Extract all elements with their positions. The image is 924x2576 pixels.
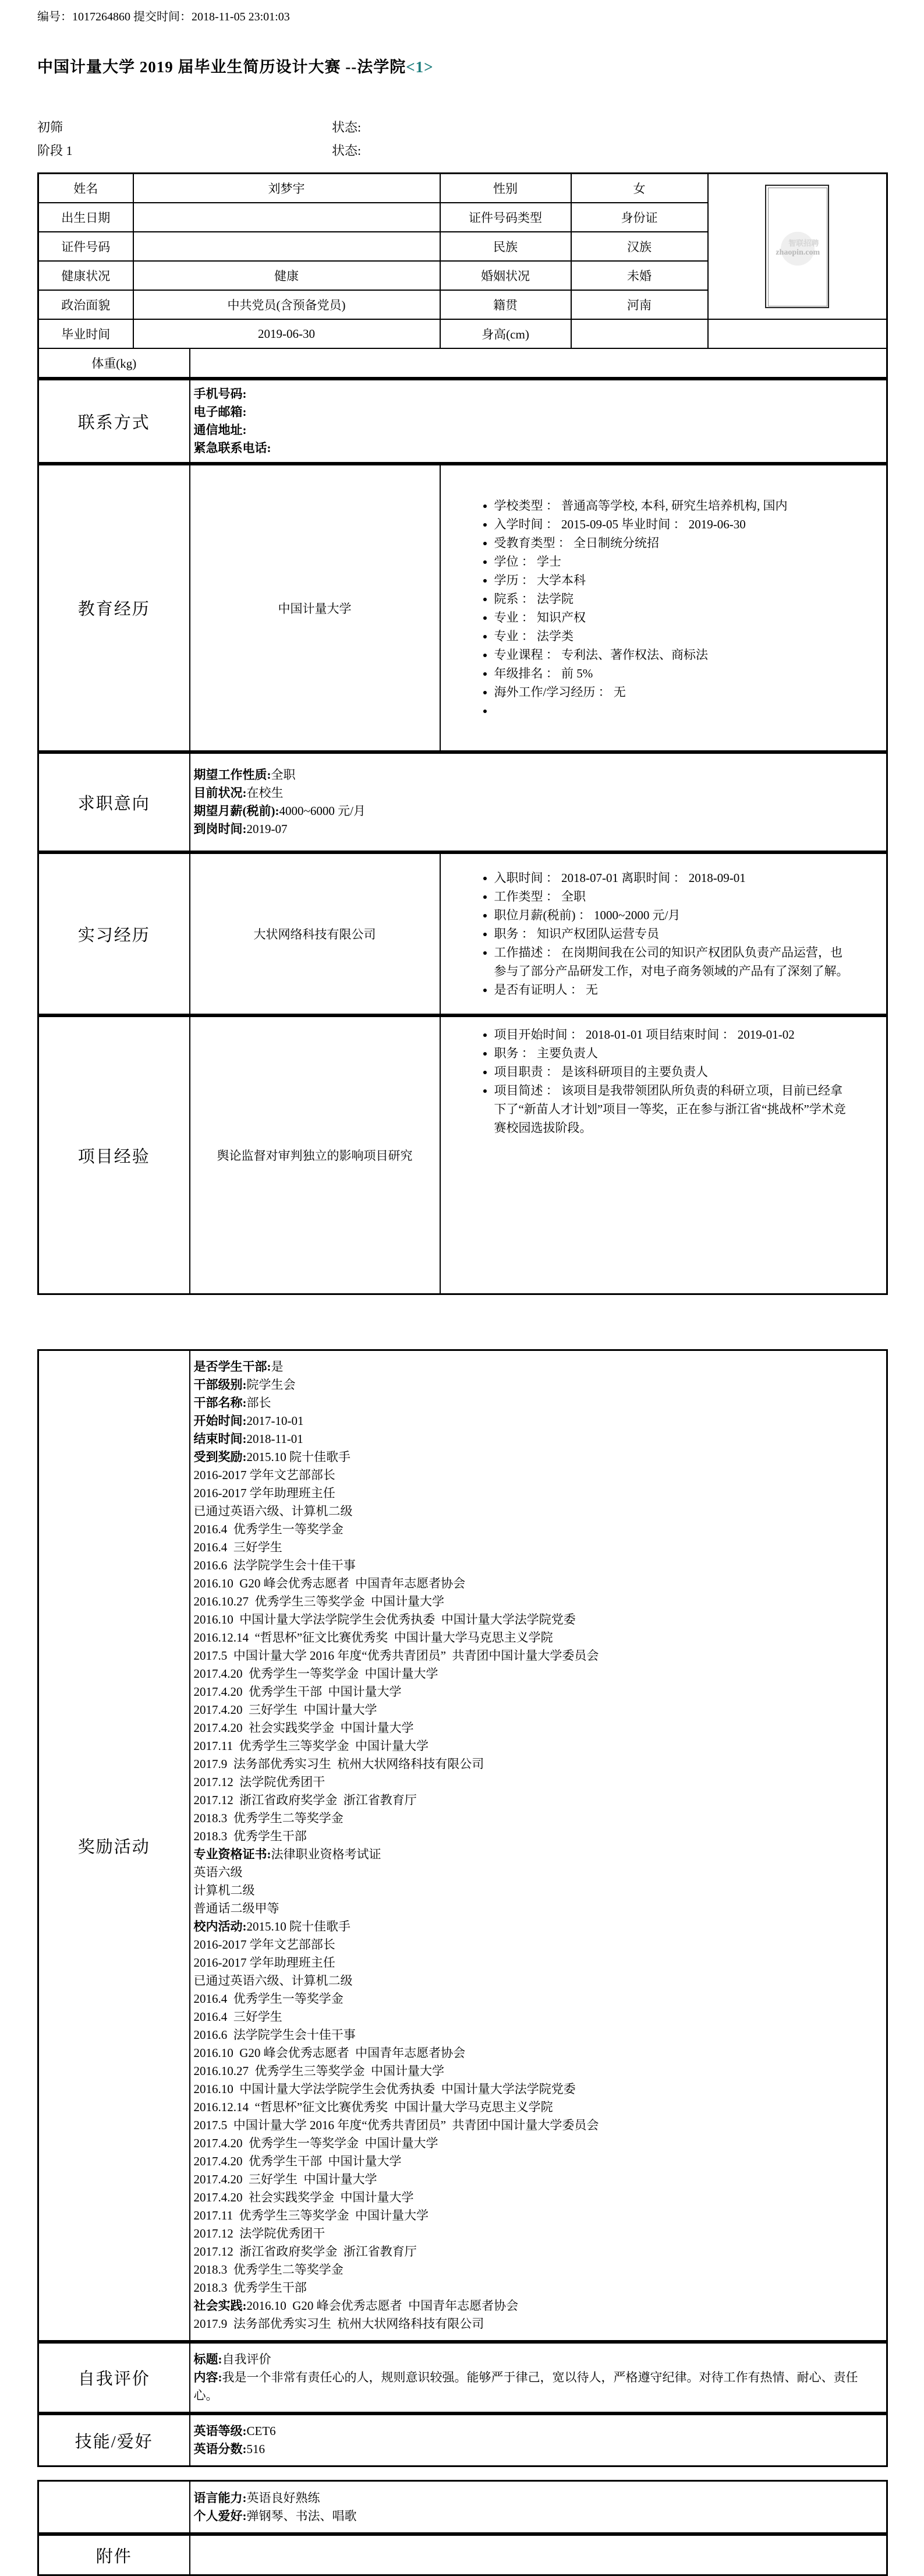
contact-section-row: 联系方式 手机号码: 电子邮箱: 通信地址: 紧急联系电话: <box>38 379 887 464</box>
graduation-label: 毕业时间 <box>38 319 133 348</box>
awards-field-value: 2017.4.20 优秀学生干部 中国计量大学 <box>194 1685 402 1699</box>
skills-field-label: 英语分数: <box>194 2442 247 2456</box>
submit-time-value: 2018-11-05 23:01:03 <box>192 10 290 23</box>
awards-field-value: 2016.10 G20 峰会优秀志愿者 中国青年志愿者协会 <box>194 1576 466 1590</box>
awards-field-value: 2017.4.20 优秀学生一等奖学金 中国计量大学 <box>194 2136 438 2150</box>
job-intention-field-label: 目前状况: <box>194 786 247 800</box>
language-hobby-field-label: 语言能力: <box>194 2491 247 2505</box>
education-bullet-item: 学历 ： 大学本科 <box>494 571 855 590</box>
education-bullet-item: 专业 ： 法学类 <box>494 627 855 645</box>
weight-label: 体重(kg) <box>38 348 190 379</box>
awards-field-value: 2017.4.20 社会实践奖学金 中国计量大学 <box>194 1721 414 1735</box>
awards-line: 2017.4.20 优秀学生一等奖学金 中国计量大学 <box>194 2134 877 2152</box>
awards-field-value: 2017.12 法学院优秀团干 <box>194 1775 325 1789</box>
awards-field-value: 2016-2017 学年文艺部部长 <box>194 1468 335 1482</box>
health-value: 健康 <box>133 261 440 290</box>
skills-field-value: 516 <box>247 2442 265 2456</box>
hometown-value: 河南 <box>571 290 708 319</box>
awards-field-value: 普通话二级甲等 <box>194 1901 279 1915</box>
awards-line: 2016.4 三好学生 <box>194 1538 877 1557</box>
awards-field-label: 开始时间: <box>194 1414 247 1428</box>
height-label: 身高(cm) <box>440 319 571 348</box>
internship-bullet-item: 是否有证明人 ： 无 <box>494 980 855 999</box>
job-intention-section-row: 求职意向 期望工作性质:全职 目前状况:在校生 期望月薪(税前):4000~60… <box>38 752 887 852</box>
self-evaluation-field-label: 内容: <box>194 2370 222 2384</box>
awards-field-value: 2018.3 优秀学生干部 <box>194 1829 307 1843</box>
name-label: 姓名 <box>38 174 133 203</box>
awards-line: 普通话二级甲等 <box>194 1900 877 1918</box>
project-name: 舆论监督对审判独立的影响项目研究 <box>190 1015 440 1294</box>
contact-field-label: 手机号码: <box>194 387 247 401</box>
education-bullet-item <box>494 701 855 720</box>
awards-field-value: 2018.3 优秀学生二等奖学金 <box>194 1811 344 1825</box>
resume-main-table: 姓名 刘梦宇 性别 女 智联招聘 zhaopin.com 出生日期 <box>37 172 888 1295</box>
awards-line: 2016.10.27 优秀学生三等奖学金 中国计量大学 <box>194 2062 877 2080</box>
title-text: 中国计量大学 2019 届毕业生简历设计大赛 --法学院 <box>37 58 406 76</box>
awards-section-label: 奖励活动 <box>38 1350 190 2342</box>
job-intention-field-value: 4000~6000 元/月 <box>279 804 365 818</box>
awards-field-value: 2016.6 法学院学生会十佳干事 <box>194 2028 356 2042</box>
awards-field-value: 2017.4.20 优秀学生干部 中国计量大学 <box>194 2154 402 2168</box>
skills-field-value: CET6 <box>247 2424 276 2438</box>
stage-status-list: 初筛状态: 阶段 1状态: <box>37 118 924 164</box>
gender-label: 性别 <box>440 174 571 203</box>
page-title: 中国计量大学 2019 届毕业生简历设计大赛 --法学院<1> <box>37 54 924 77</box>
name-value: 刘梦宇 <box>133 174 440 203</box>
awards-line: 是否学生干部:是 <box>194 1358 877 1376</box>
idnumber-label: 证件号码 <box>38 232 133 261</box>
awards-field-value: 是 <box>271 1360 284 1374</box>
idtype-label: 证件号码类型 <box>440 203 571 232</box>
awards-line: 2016.4 三好学生 <box>194 2008 877 2026</box>
marriage-label: 婚姻状况 <box>440 261 571 290</box>
contact-content: 手机号码: 电子邮箱: 通信地址: 紧急联系电话: <box>190 379 887 464</box>
awards-section-row: 奖励活动 是否学生干部:是 干部级别:院学生会 干部名称:部长 开始时间:201… <box>38 1350 887 2342</box>
awards-line: 2017.4.20 优秀学生干部 中国计量大学 <box>194 1683 877 1701</box>
self-evaluation-field-value: 我是一个非常有责任心的人，规则意识较强。能够严于律己，宽以待人，严格遵守纪律。对… <box>194 2370 858 2402</box>
serial-value: 1017264860 <box>72 10 130 23</box>
awards-line: 2017.4.20 优秀学生一等奖学金 中国计量大学 <box>194 1665 877 1683</box>
profile-row-name-gender: 姓名 刘梦宇 性别 女 智联招聘 zhaopin.com <box>38 174 887 203</box>
profile-row-graduation-height: 毕业时间 2019-06-30 身高(cm) <box>38 319 887 348</box>
contact-line: 手机号码: <box>194 385 877 403</box>
awards-field-value: 2016.4 三好学生 <box>194 2010 282 2024</box>
awards-line: 2016-2017 学年文艺部部长 <box>194 1466 877 1484</box>
awards-field-value: 2018.3 优秀学生二等奖学金 <box>194 2263 344 2277</box>
awards-field-value: 2016.10 中国计量大学法学院学生会优秀执委 中国计量大学法学院党委 <box>194 1612 576 1626</box>
awards-field-value: 2018-11-01 <box>247 1432 303 1446</box>
language-hobby-line: 语言能力:英语良好熟练 <box>194 2489 877 2507</box>
awards-line: 2016.12.14 “哲思杯”征文比赛优秀奖 中国计量大学马克思主义学院 <box>194 2098 877 2116</box>
awards-line: 2017.5 中国计量大学 2016 年度“优秀共青团员” 共青团中国计量大学委… <box>194 2116 877 2134</box>
awards-field-value: 2016.10.27 优秀学生三等奖学金 中国计量大学 <box>194 1594 445 1608</box>
awards-field-label: 结束时间: <box>194 1432 247 1446</box>
photo-cell: 智联招聘 zhaopin.com <box>708 174 887 320</box>
awards-field-value: 2016.4 三好学生 <box>194 1540 282 1554</box>
internship-details: 入职时间 ： 2018-07-01 离职时间 ： 2018-09-01工作类型 … <box>440 852 887 1015</box>
awards-field-value: 英语六级 <box>194 1865 243 1879</box>
attachment-content <box>190 2534 887 2575</box>
job-intention-line: 期望工作性质:全职 <box>194 766 877 784</box>
contact-field-label: 通信地址: <box>194 423 247 437</box>
education-bullet-item: 学位 ： 学士 <box>494 552 855 571</box>
internship-section-label: 实习经历 <box>38 852 190 1015</box>
awards-line: 2016-2017 学年文艺部部长 <box>194 1936 877 1954</box>
self-evaluation-section-label: 自我评价 <box>38 2342 190 2413</box>
education-bullet-item: 年级排名 ： 前 5% <box>494 664 855 683</box>
awards-field-value: 2017.11 优秀学生三等奖学金 中国计量大学 <box>194 1739 429 1753</box>
awards-line: 2017.4.20 社会实践奖学金 中国计量大学 <box>194 1719 877 1737</box>
job-intention-section-label: 求职意向 <box>38 752 190 852</box>
awards-table: 奖励活动 是否学生干部:是 干部级别:院学生会 干部名称:部长 开始时间:201… <box>37 1349 888 2467</box>
self-evaluation-line: 内容:我是一个非常有责任心的人，规则意识较强。能够严于律己，宽以待人，严格遵守纪… <box>194 2369 877 2405</box>
awards-field-value: 部长 <box>247 1396 271 1410</box>
awards-line: 计算机二级 <box>194 1882 877 1900</box>
awards-field-value: 2018.3 优秀学生干部 <box>194 2281 307 2295</box>
awards-line: 2016.12.14 “哲思杯”征文比赛优秀奖 中国计量大学马克思主义学院 <box>194 1629 877 1647</box>
awards-field-label: 专业资格证书: <box>194 1847 271 1861</box>
weight-value <box>190 348 887 379</box>
awards-line: 社会实践:2016.10 G20 峰会优秀志愿者 中国青年志愿者协会 <box>194 2297 877 2315</box>
awards-line: 2017.11 优秀学生三等奖学金 中国计量大学 <box>194 1737 877 1755</box>
job-intention-field-value: 全职 <box>271 768 296 782</box>
language-hobby-field-value: 弹钢琴、书法、唱歌 <box>247 2509 357 2523</box>
project-details: 项目开始时间 ： 2018-01-01 项目结束时间 ： 2019-01-02职… <box>440 1015 887 1294</box>
graduation-value: 2019-06-30 <box>133 319 440 348</box>
job-intention-field-value: 在校生 <box>247 786 284 800</box>
awards-field-value: 2016.6 法学院学生会十佳干事 <box>194 1558 356 1572</box>
awards-line: 2016.4 优秀学生一等奖学金 <box>194 1520 877 1538</box>
job-intention-line: 目前状况:在校生 <box>194 784 877 802</box>
awards-line: 英语六级 <box>194 1864 877 1882</box>
health-label: 健康状况 <box>38 261 133 290</box>
awards-line: 2017.4.20 三好学生 中国计量大学 <box>194 1701 877 1719</box>
skills-line: 英语等级:CET6 <box>194 2422 877 2440</box>
awards-line: 2016-2017 学年助理班主任 <box>194 1954 877 1972</box>
awards-field-value: 2017.5 中国计量大学 2016 年度“优秀共青团员” 共青团中国计量大学委… <box>194 2118 599 2132</box>
skills-line: 英语分数:516 <box>194 2440 877 2458</box>
skills-field-label: 英语等级: <box>194 2424 247 2438</box>
language-hobby-field-label: 个人爱好: <box>194 2509 247 2523</box>
contact-field-label: 紧急联系电话: <box>194 441 271 455</box>
awards-line: 结束时间:2018-11-01 <box>194 1430 877 1448</box>
awards-field-value: 2016.10 中国计量大学法学院学生会优秀执委 中国计量大学法学院党委 <box>194 2082 576 2096</box>
awards-field-value: 2016-2017 学年文艺部部长 <box>194 1938 335 1952</box>
contact-field-label: 电子邮箱: <box>194 405 247 419</box>
project-bullet-item: 项目开始时间 ： 2018-01-01 项目结束时间 ： 2019-01-02 <box>494 1025 855 1044</box>
awards-field-value: 2016.12.14 “哲思杯”征文比赛优秀奖 中国计量大学马克思主义学院 <box>194 1631 553 1645</box>
project-bullet-item: 项目简述 ： 该项目是我带领团队所负责的科研立项，目前已经拿下了“新苗人才计划”… <box>494 1081 855 1137</box>
awards-field-value: 计算机二级 <box>194 1883 255 1897</box>
awards-field-value: 2017.4.20 优秀学生一等奖学金 中国计量大学 <box>194 1667 438 1681</box>
skills-content: 英语等级:CET6 英语分数:516 <box>190 2413 887 2466</box>
serial-label: 编号： <box>37 10 72 23</box>
internship-bullet-item: 工作类型 ： 全职 <box>494 887 855 906</box>
skills-section-label: 技能/爱好 <box>38 2413 190 2466</box>
attachment-section-label: 附件 <box>38 2534 190 2575</box>
education-bullet-item: 专业 ： 知识产权 <box>494 608 855 627</box>
internship-bullet-item: 职位月薪(税前) ： 1000~2000 元/月 <box>494 906 855 924</box>
awards-field-value: 2015.10 院十佳歌手 <box>247 1919 351 1933</box>
awards-field-value: 2017.11 优秀学生三等奖学金 中国计量大学 <box>194 2208 429 2222</box>
language-hobby-content: 语言能力:英语良好熟练 个人爱好:弹钢琴、书法、唱歌 <box>190 2481 887 2535</box>
awards-field-value: 2016-2017 学年助理班主任 <box>194 1486 335 1500</box>
photo-watermark: 智联招聘 zhaopin.com <box>768 188 827 306</box>
awards-line: 2017.12 浙江省政府奖学金 浙江省教育厅 <box>194 2243 877 2261</box>
profile-row-weight: 体重(kg) <box>38 348 887 379</box>
awards-line: 2017.12 法学院优秀团干 <box>194 2225 877 2243</box>
contact-line: 通信地址: <box>194 421 877 439</box>
awards-field-value: 2016-2017 学年助理班主任 <box>194 1956 335 1970</box>
height-value <box>571 319 708 348</box>
job-intention-content: 期望工作性质:全职 目前状况:在校生 期望月薪(税前):4000~6000 元/… <box>190 752 887 852</box>
awards-line: 2016-2017 学年助理班主任 <box>194 1484 877 1502</box>
awards-field-value: 已通过英语六级、计算机二级 <box>194 1504 353 1518</box>
job-intention-line: 期望月薪(税前):4000~6000 元/月 <box>194 802 877 820</box>
awards-field-value: 2017-10-01 <box>247 1414 304 1428</box>
awards-field-value: 2017.4.20 三好学生 中国计量大学 <box>194 2172 377 2186</box>
language-hobby-field-value: 英语良好熟练 <box>247 2491 320 2505</box>
birthdate-value <box>133 203 440 232</box>
awards-line: 2018.3 优秀学生二等奖学金 <box>194 2261 877 2279</box>
education-bullet-item: 学校类型 ： 普通高等学校, 本科, 研究生培养机构, 国内 <box>494 496 855 515</box>
awards-field-value: 院学生会 <box>247 1378 296 1392</box>
awards-line: 2016.10 中国计量大学法学院学生会优秀执委 中国计量大学法学院党委 <box>194 1611 877 1629</box>
awards-field-value: 2017.12 浙江省政府奖学金 浙江省教育厅 <box>194 2245 417 2259</box>
awards-line: 2016.10.27 优秀学生三等奖学金 中国计量大学 <box>194 1593 877 1611</box>
watermark-en-text: zhaopin.com <box>776 248 820 257</box>
awards-field-label: 干部名称: <box>194 1396 247 1410</box>
education-bullet-item: 入学时间 ： 2015-09-05 毕业时间 ： 2019-06-30 <box>494 515 855 534</box>
awards-field-label: 受到奖励: <box>194 1450 247 1464</box>
awards-line: 已通过英语六级、计算机二级 <box>194 1972 877 1990</box>
awards-line: 2017.12 法学院优秀团干 <box>194 1773 877 1791</box>
awards-field-label: 校内活动: <box>194 1919 247 1933</box>
attachment-row: 附件 <box>38 2534 887 2575</box>
idtype-value: 身份证 <box>571 203 708 232</box>
stage-row: 初筛状态: <box>37 118 924 141</box>
education-section-row: 教育经历 中国计量大学 学校类型 ： 普通高等学校, 本科, 研究生培养机构, … <box>38 464 887 752</box>
awards-field-value: 2016.4 优秀学生一等奖学金 <box>194 1522 344 1536</box>
contact-line: 紧急联系电话: <box>194 439 877 457</box>
awards-line: 2018.3 优秀学生干部 <box>194 2279 877 2297</box>
attachment-table: 语言能力:英语良好熟练 个人爱好:弹钢琴、书法、唱歌 附件 <box>37 2480 888 2576</box>
hometown-label: 籍贯 <box>440 290 571 319</box>
job-intention-line: 到岗时间:2019-07 <box>194 820 877 838</box>
internship-bullet-item: 入职时间 ： 2018-07-01 离职时间 ： 2018-09-01 <box>494 869 855 887</box>
job-intention-field-value: 2019-07 <box>247 822 288 836</box>
awards-field-value: 法律职业资格考试证 <box>271 1847 381 1861</box>
political-label: 政治面貌 <box>38 290 133 319</box>
awards-field-value: 2016.12.14 “哲思杯”征文比赛优秀奖 中国计量大学马克思主义学院 <box>194 2100 553 2114</box>
self-evaluation-line: 标题:自我评价 <box>194 2351 877 2369</box>
awards-line: 2017.4.20 优秀学生干部 中国计量大学 <box>194 2152 877 2171</box>
stage-status-label: 状态: <box>332 120 361 135</box>
awards-line: 2017.4.20 三好学生 中国计量大学 <box>194 2171 877 2189</box>
birthdate-label: 出生日期 <box>38 203 133 232</box>
awards-line: 2017.12 浙江省政府奖学金 浙江省教育厅 <box>194 1791 877 1809</box>
awards-line: 2016.6 法学院学生会十佳干事 <box>194 2026 877 2044</box>
awards-line: 干部级别:院学生会 <box>194 1376 877 1394</box>
ethnic-label: 民族 <box>440 232 571 261</box>
language-hobby-line: 个人爱好:弹钢琴、书法、唱歌 <box>194 2507 877 2525</box>
job-intention-field-label: 到岗时间: <box>194 822 247 836</box>
awards-field-value: 2017.5 中国计量大学 2016 年度“优秀共青团员” 共青团中国计量大学委… <box>194 1649 599 1663</box>
awards-line: 校内活动:2015.10 院十佳歌手 <box>194 1918 877 1936</box>
stage-status-label: 状态: <box>332 143 361 158</box>
awards-field-label: 社会实践: <box>194 2299 247 2313</box>
political-value: 中共党员(含预备党员) <box>133 290 440 319</box>
self-evaluation-field-label: 标题: <box>194 2352 222 2366</box>
contact-section-label: 联系方式 <box>38 379 190 464</box>
awards-field-value: 已通过英语六级、计算机二级 <box>194 1974 353 1988</box>
idnumber-value <box>133 232 440 261</box>
awards-field-value: 2016.4 优秀学生一等奖学金 <box>194 1992 344 2006</box>
awards-field-value: 2016.10 G20 峰会优秀志愿者 中国青年志愿者协会 <box>247 2299 519 2313</box>
self-evaluation-section-row: 自我评价 标题:自我评价 内容:我是一个非常有责任心的人，规则意识较强。能够严于… <box>38 2342 887 2413</box>
stage-name: 初筛 <box>37 118 332 136</box>
internship-bullet-item: 职务 ： 知识产权团队运营专员 <box>494 924 855 943</box>
awards-line: 2016.10 G20 峰会优秀志愿者 中国青年志愿者协会 <box>194 2044 877 2062</box>
awards-field-value: 2016.10.27 优秀学生三等奖学金 中国计量大学 <box>194 2064 445 2078</box>
photo-placeholder: 智联招聘 zhaopin.com <box>765 185 829 308</box>
job-intention-field-label: 期望工作性质: <box>194 768 271 782</box>
gender-value: 女 <box>571 174 708 203</box>
awards-line: 2017.11 优秀学生三等奖学金 中国计量大学 <box>194 2207 877 2225</box>
empty-cell <box>708 319 887 348</box>
awards-field-value: 2016.10 G20 峰会优秀志愿者 中国青年志愿者协会 <box>194 2046 466 2060</box>
awards-field-value: 2017.12 浙江省政府奖学金 浙江省教育厅 <box>194 1793 417 1807</box>
awards-line: 干部名称:部长 <box>194 1394 877 1412</box>
awards-line: 2016.4 优秀学生一等奖学金 <box>194 1990 877 2008</box>
title-tag: <1> <box>406 58 433 76</box>
project-section-label: 项目经验 <box>38 1015 190 1294</box>
awards-field-value: 2017.4.20 社会实践奖学金 中国计量大学 <box>194 2190 414 2204</box>
internship-bullet-item: 工作描述 ： 在岗期间我在公司的知识产权团队负责产品运营，也参与了部分产品研发工… <box>494 943 855 980</box>
submission-meta: 编号：1017264860 提交时间：2018-11-05 23:01:03 <box>37 7 924 24</box>
project-bullet-item: 职务 ： 主要负责人 <box>494 1044 855 1063</box>
ethnic-value: 汉族 <box>571 232 708 261</box>
project-bullet-item: 项目职责 ： 是该科研项目的主要负责人 <box>494 1063 855 1081</box>
awards-field-value: 2017.4.20 三好学生 中国计量大学 <box>194 1703 377 1717</box>
awards-content: 是否学生干部:是 干部级别:院学生会 干部名称:部长 开始时间:2017-10-… <box>190 1350 887 2342</box>
resume-page: 编号：1017264860 提交时间：2018-11-05 23:01:03 中… <box>0 0 924 2576</box>
contact-line: 电子邮箱: <box>194 403 877 421</box>
awards-field-value: 2017.9 法务部优秀实习生 杭州大状网络科技有限公司 <box>194 1757 484 1771</box>
awards-line: 开始时间:2017-10-01 <box>194 1412 877 1430</box>
language-hobby-row: 语言能力:英语良好熟练 个人爱好:弹钢琴、书法、唱歌 <box>38 2481 887 2535</box>
education-section-label: 教育经历 <box>38 464 190 752</box>
awards-line: 2016.10 中国计量大学法学院学生会优秀执委 中国计量大学法学院党委 <box>194 2080 877 2098</box>
awards-line: 2018.3 优秀学生干部 <box>194 1827 877 1845</box>
internship-company-name: 大状网络科技有限公司 <box>190 852 440 1015</box>
awards-line: 2017.4.20 社会实践奖学金 中国计量大学 <box>194 2189 877 2207</box>
marriage-value: 未婚 <box>571 261 708 290</box>
awards-line: 已通过英语六级、计算机二级 <box>194 1502 877 1520</box>
stage-name: 阶段 1 <box>37 141 332 159</box>
education-bullet-item: 专业课程 ： 专利法、著作权法、商标法 <box>494 645 855 664</box>
education-school-name: 中国计量大学 <box>190 464 440 752</box>
project-section-row: 项目经验 舆论监督对审判独立的影响项目研究 项目开始时间 ： 2018-01-0… <box>38 1015 887 1294</box>
self-evaluation-field-value: 自我评价 <box>222 2352 271 2366</box>
skills-section-row: 技能/爱好 英语等级:CET6 英语分数:516 <box>38 2413 887 2466</box>
education-bullet-item: 院系 ： 法学院 <box>494 590 855 608</box>
awards-field-value: 2015.10 院十佳歌手 <box>247 1450 351 1464</box>
internship-section-row: 实习经历 大状网络科技有限公司 入职时间 ： 2018-07-01 离职时间 ：… <box>38 852 887 1015</box>
education-bullet-item: 海外工作/学习经历 ： 无 <box>494 683 855 701</box>
submit-time-label: 提交时间： <box>130 10 192 23</box>
awards-line: 2018.3 优秀学生二等奖学金 <box>194 1809 877 1827</box>
awards-line: 2016.10 G20 峰会优秀志愿者 中国青年志愿者协会 <box>194 1575 877 1593</box>
awards-field-value: 2017.9 法务部优秀实习生 杭州大状网络科技有限公司 <box>194 2317 484 2331</box>
watermark-cn-text: 智联招聘 <box>788 237 819 248</box>
awards-line: 专业资格证书:法律职业资格考试证 <box>194 1845 877 1864</box>
awards-line: 2016.6 法学院学生会十佳干事 <box>194 1557 877 1575</box>
awards-field-label: 干部级别: <box>194 1378 247 1392</box>
awards-field-label: 是否学生干部: <box>194 1360 271 1374</box>
stage-row: 阶段 1状态: <box>37 141 924 164</box>
awards-line: 2017.9 法务部优秀实习生 杭州大状网络科技有限公司 <box>194 2315 877 2333</box>
awards-line: 2017.9 法务部优秀实习生 杭州大状网络科技有限公司 <box>194 1755 877 1773</box>
awards-line: 受到奖励:2015.10 院十佳歌手 <box>194 1448 877 1466</box>
job-intention-field-label: 期望月薪(税前): <box>194 804 279 818</box>
empty-section-label <box>38 2481 190 2535</box>
self-evaluation-content: 标题:自我评价 内容:我是一个非常有责任心的人，规则意识较强。能够严于律己，宽以… <box>190 2342 887 2413</box>
education-details: 学校类型 ： 普通高等学校, 本科, 研究生培养机构, 国内入学时间 ： 201… <box>440 464 887 752</box>
awards-line: 2017.5 中国计量大学 2016 年度“优秀共青团员” 共青团中国计量大学委… <box>194 1647 877 1665</box>
awards-field-value: 2017.12 法学院优秀团干 <box>194 2226 325 2240</box>
education-bullet-item: 受教育类型 ： 全日制统分统招 <box>494 534 855 552</box>
